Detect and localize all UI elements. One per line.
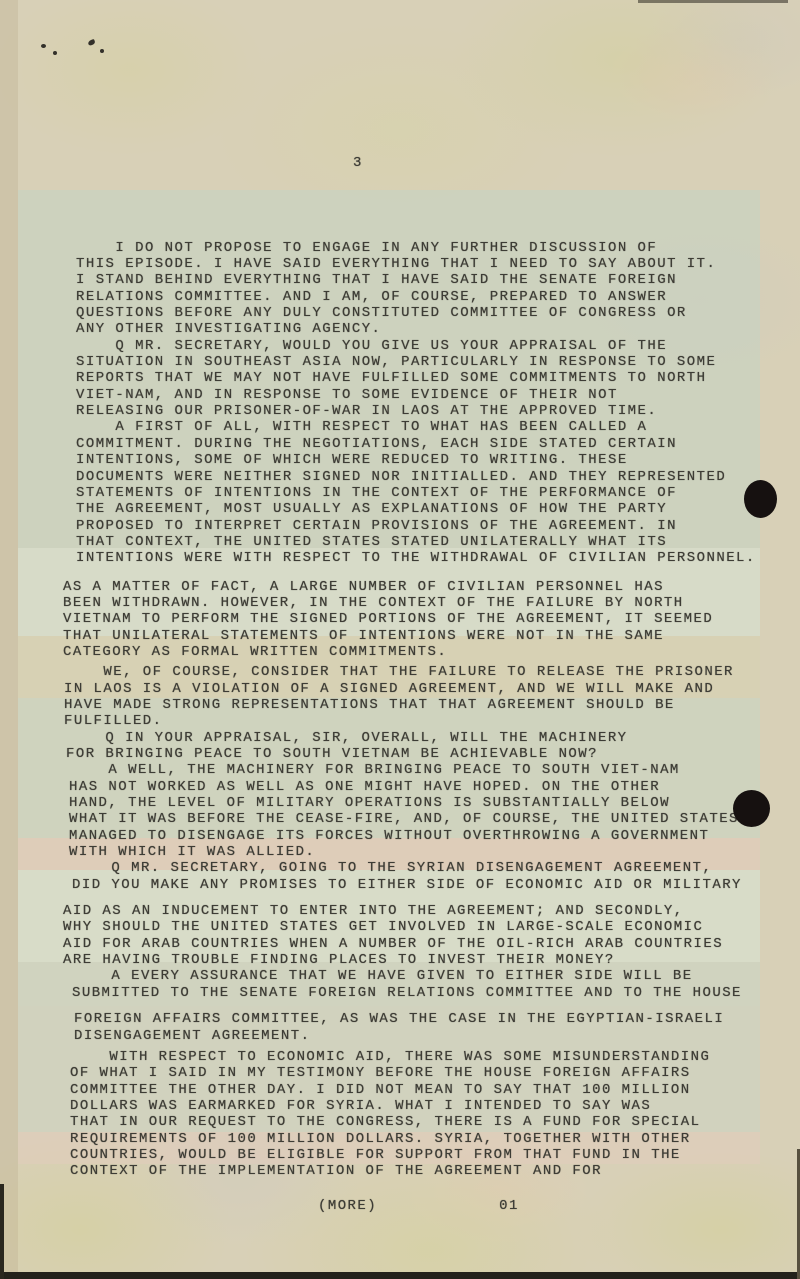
hole-punch-mark <box>744 480 777 518</box>
page-code: 01 <box>499 1198 519 1214</box>
text-line: DISENGAGEMENT AGREEMENT. <box>74 1028 782 1044</box>
text-line: HAND, THE LEVEL OF MILITARY OPERATIONS I… <box>69 795 782 811</box>
text-line: BEEN WITHDRAWN. HOWEVER, IN THE CONTEXT … <box>63 595 782 611</box>
ink-speck <box>100 49 104 53</box>
text-line: REQUIREMENTS OF 100 MILLION DOLLARS. SYR… <box>70 1131 782 1147</box>
text-line: Q MR. SECRETARY, GOING TO THE SYRIAN DIS… <box>72 860 782 876</box>
text-line: RELATIONS COMMITTEE. AND I AM, OF COURSE… <box>76 289 782 305</box>
scan-edge <box>638 0 788 3</box>
text-line: THE AGREEMENT, MOST USUALLY AS EXPLANATI… <box>76 501 782 517</box>
text-line: I DO NOT PROPOSE TO ENGAGE IN ANY FURTHE… <box>76 240 782 256</box>
text-line: A WELL, THE MACHINERY FOR BRINGING PEACE… <box>69 762 782 778</box>
paragraph: I DO NOT PROPOSE TO ENGAGE IN ANY FURTHE… <box>76 240 782 338</box>
scan-edge <box>0 1184 4 1279</box>
paragraph: WITH RESPECT TO ECONOMIC AID, THERE WAS … <box>70 1049 782 1180</box>
paragraph: Q MR. SECRETARY, WOULD YOU GIVE US YOUR … <box>76 338 782 420</box>
paragraph: Q MR. SECRETARY, GOING TO THE SYRIAN DIS… <box>72 860 782 893</box>
more-indicator: (MORE) <box>318 1198 377 1214</box>
paragraph: AS A MATTER OF FACT, A LARGE NUMBER OF C… <box>63 579 782 661</box>
text-line: DID YOU MAKE ANY PROMISES TO EITHER SIDE… <box>72 877 782 893</box>
text-line: WHAT IT WAS BEFORE THE CEASE-FIRE, AND, … <box>69 811 782 827</box>
page-footer: (MORE)01 <box>76 1198 782 1214</box>
text-line: COMMITMENT. DURING THE NEGOTIATIONS, EAC… <box>76 436 782 452</box>
text-line: OF WHAT I SAID IN MY TESTIMONY BEFORE TH… <box>70 1065 782 1081</box>
text-line: WITH WHICH IT WAS ALLIED. <box>69 844 782 860</box>
text-line: A FIRST OF ALL, WITH RESPECT TO WHAT HAS… <box>76 419 782 435</box>
scan-edge <box>0 1272 800 1279</box>
paragraph: A EVERY ASSURANCE THAT WE HAVE GIVEN TO … <box>72 968 782 1001</box>
text-line: HAVE MADE STRONG REPRESENTATIONS THAT TH… <box>64 697 782 713</box>
text-line: FOR BRINGING PEACE TO SOUTH VIETNAM BE A… <box>66 746 782 762</box>
page-number: 3 <box>353 155 363 171</box>
text-line: VIETNAM TO PERFORM THE SIGNED PORTIONS O… <box>63 611 782 627</box>
text-line: FULFILLED. <box>64 713 782 729</box>
text-line: REPORTS THAT WE MAY NOT HAVE FULFILLED S… <box>76 370 782 386</box>
text-line: CONTEXT OF THE IMPLEMENTATION OF THE AGR… <box>70 1163 782 1179</box>
text-line: DOCUMENTS WERE NEITHER SIGNED NOR INITIA… <box>76 469 782 485</box>
text-line: SUBMITTED TO THE SENATE FOREIGN RELATION… <box>72 985 782 1001</box>
paragraph: A WELL, THE MACHINERY FOR BRINGING PEACE… <box>69 762 782 860</box>
text-line: AS A MATTER OF FACT, A LARGE NUMBER OF C… <box>63 579 782 595</box>
text-line: ARE HAVING TROUBLE FINDING PLACES TO INV… <box>63 952 782 968</box>
ink-speck <box>41 44 46 48</box>
text-line: WITH RESPECT TO ECONOMIC AID, THERE WAS … <box>70 1049 782 1065</box>
text-line: THIS EPISODE. I HAVE SAID EVERYTHING THA… <box>76 256 782 272</box>
text-line: DOLLARS WAS EARMARKED FOR SYRIA. WHAT I … <box>70 1098 782 1114</box>
paragraph: A FIRST OF ALL, WITH RESPECT TO WHAT HAS… <box>76 419 782 566</box>
text-line: WE, OF COURSE, CONSIDER THAT THE FAILURE… <box>64 664 782 680</box>
text-line: Q IN YOUR APPRAISAL, SIR, OVERALL, WILL … <box>66 730 782 746</box>
text-line: ANY OTHER INVESTIGATING AGENCY. <box>76 321 782 337</box>
text-line: CATEGORY AS FORMAL WRITTEN COMMITMENTS. <box>63 644 782 660</box>
text-line: HAS NOT WORKED AS WELL AS ONE MIGHT HAVE… <box>69 779 782 795</box>
text-line: THAT CONTEXT, THE UNITED STATES STATED U… <box>76 534 782 550</box>
text-line: Q MR. SECRETARY, WOULD YOU GIVE US YOUR … <box>76 338 782 354</box>
paragraph: Q IN YOUR APPRAISAL, SIR, OVERALL, WILL … <box>66 730 782 763</box>
scan-margin-strip <box>0 0 18 1279</box>
paragraph: WE, OF COURSE, CONSIDER THAT THE FAILURE… <box>64 664 782 729</box>
text-line: MANAGED TO DISENGAGE ITS FORCES WITHOUT … <box>69 828 782 844</box>
text-line: AID FOR ARAB COUNTRIES WHEN A NUMBER OF … <box>63 936 782 952</box>
text-line: FOREIGN AFFAIRS COMMITTEE, AS WAS THE CA… <box>74 1011 782 1027</box>
text-line: RELEASING OUR PRISONER-OF-WAR IN LAOS AT… <box>76 403 782 419</box>
text-line: A EVERY ASSURANCE THAT WE HAVE GIVEN TO … <box>72 968 782 984</box>
text-line: WHY SHOULD THE UNITED STATES GET INVOLVE… <box>63 919 782 935</box>
text-line: PROPOSED TO INTERPRET CERTAIN PROVISIONS… <box>76 518 782 534</box>
ink-speck <box>53 51 57 55</box>
text-line: I STAND BEHIND EVERYTHING THAT I HAVE SA… <box>76 272 782 288</box>
text-line: SITUATION IN SOUTHEAST ASIA NOW, PARTICU… <box>76 354 782 370</box>
text-line: COMMITTEE THE OTHER DAY. I DID NOT MEAN … <box>70 1082 782 1098</box>
text-line: INTENTIONS WERE WITH RESPECT TO THE WITH… <box>76 550 782 566</box>
paragraph: AID AS AN INDUCEMENT TO ENTER INTO THE A… <box>63 903 782 968</box>
document-body: I DO NOT PROPOSE TO ENGAGE IN ANY FURTHE… <box>76 207 782 1214</box>
paragraph: FOREIGN AFFAIRS COMMITTEE, AS WAS THE CA… <box>74 1011 782 1044</box>
text-line: VIET-NAM, AND IN RESPONSE TO SOME EVIDEN… <box>76 387 782 403</box>
text-line: QUESTIONS BEFORE ANY DULY CONSTITUTED CO… <box>76 305 782 321</box>
text-line: THAT IN OUR REQUEST TO THE CONGRESS, THE… <box>70 1114 782 1130</box>
text-line: AID AS AN INDUCEMENT TO ENTER INTO THE A… <box>63 903 782 919</box>
hole-punch-mark <box>733 790 770 827</box>
text-line: COUNTRIES, WOULD BE ELIGIBLE FOR SUPPORT… <box>70 1147 782 1163</box>
text-line: IN LAOS IS A VIOLATION OF A SIGNED AGREE… <box>64 681 782 697</box>
text-line: THAT UNILATERAL STATEMENTS OF INTENTIONS… <box>63 628 782 644</box>
text-line: INTENTIONS, SOME OF WHICH WERE REDUCED T… <box>76 452 782 468</box>
text-line: STATEMENTS OF INTENTIONS IN THE CONTEXT … <box>76 485 782 501</box>
